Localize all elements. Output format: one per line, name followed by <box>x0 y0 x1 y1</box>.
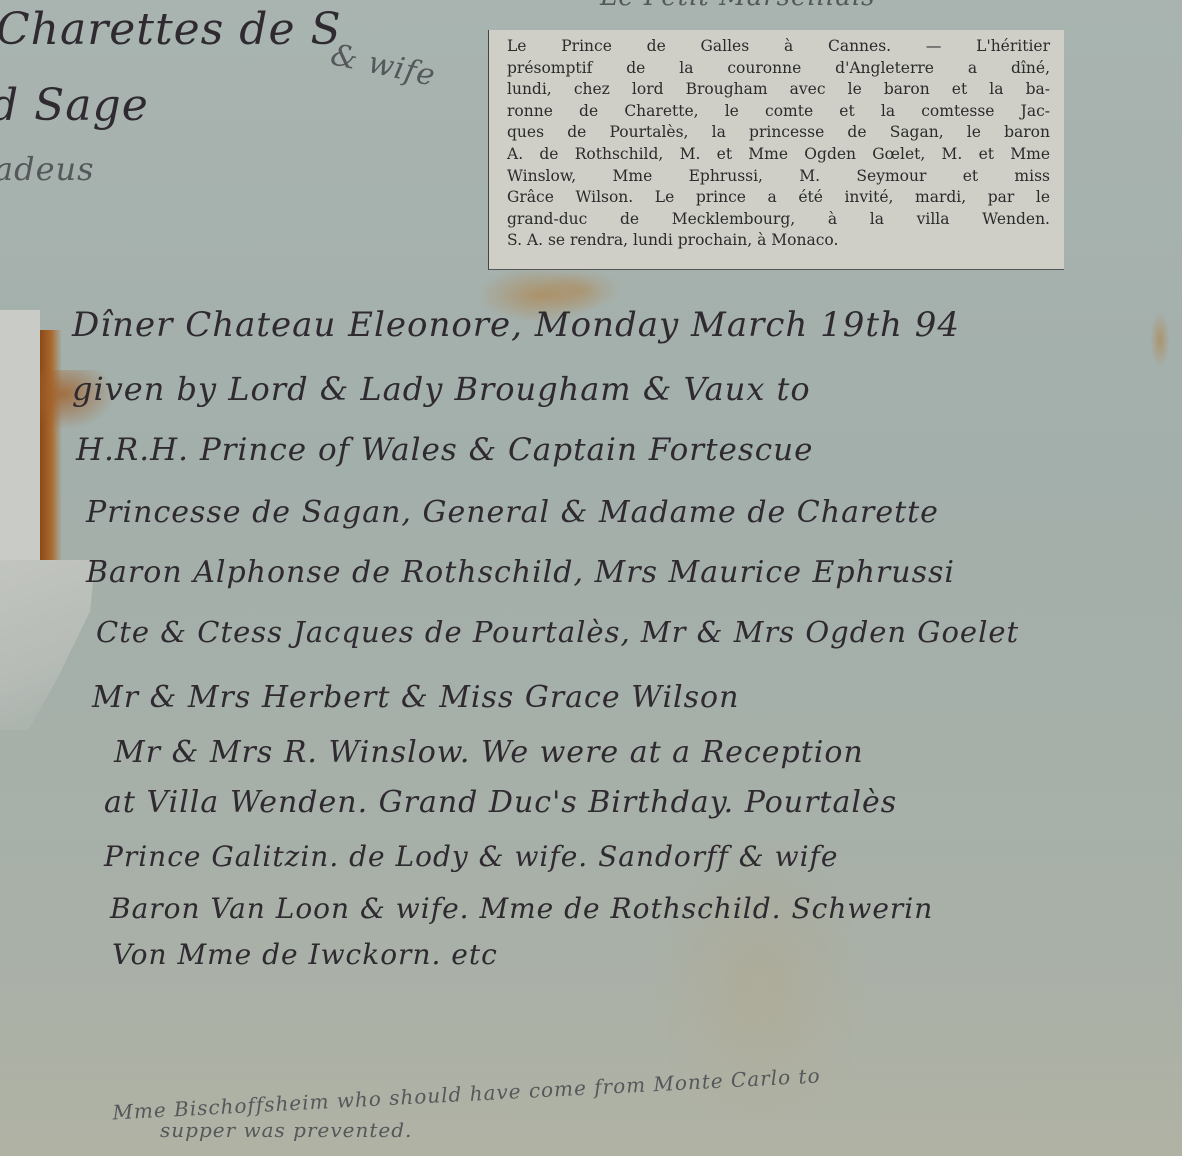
handwritten-line: at Villa Wenden. Grand Duc's Birthday. P… <box>104 785 897 820</box>
handwritten-line: given by Lord & Lady Brougham & Vaux to <box>72 370 811 408</box>
torn-paper-edge <box>0 560 95 730</box>
document-page: Charettes de S & wife d Sage adeus Le Pe… <box>0 0 1182 1156</box>
handwritten-line: Mr & Mrs Herbert & Miss Grace Wilson <box>92 680 739 715</box>
clipping-line: lundi, chez lord Brougham avec le baron … <box>507 79 1050 101</box>
clipping-line: Grâce Wilson. Le prince a été invité, ma… <box>507 187 1050 209</box>
torn-paper-patch <box>0 310 40 565</box>
handwritten-line: Baron Alphonse de Rothschild, Mrs Mauric… <box>86 555 955 590</box>
newspaper-clipping: Le Prince de Galles à Cannes. — L'hériti… <box>488 30 1064 270</box>
clipping-line: ronne de Charette, le comte et la comtes… <box>507 101 1050 123</box>
clipping-line: S. A. se rendra, lundi prochain, à Monac… <box>507 230 1050 252</box>
clipping-line: grand-duc de Mecklembourg, à la villa We… <box>507 209 1050 231</box>
handwritten-line: Cte & Ctess Jacques de Pourtalès, Mr & M… <box>96 615 1019 649</box>
clipping-line: A. de Rothschild, M. et Mme Ogden Gœlet,… <box>507 144 1050 166</box>
footer-note-line: supper was prevented. <box>160 1118 412 1142</box>
top-left-handwriting-line: Charettes de S <box>0 4 342 55</box>
clipping-line: ques de Pourtalès, la princesse de Sagan… <box>507 122 1050 144</box>
clipping-line: Winslow, Mme Ephrussi, M. Seymour et mis… <box>507 166 1050 188</box>
marginal-note: & wife <box>328 37 439 93</box>
handwritten-line: Von Mme de Iwckorn. etc <box>112 938 498 971</box>
rust-stain <box>40 330 62 560</box>
handwritten-line: Princesse de Sagan, General & Madame de … <box>86 495 939 530</box>
handwritten-line: Prince Galitzin. de Lody & wife. Sandorf… <box>104 840 838 873</box>
handwritten-line: Dîner Chateau Eleonore, Monday March 19t… <box>72 305 960 345</box>
handwritten-line: Baron Van Loon & wife. Mme de Rothschild… <box>110 892 933 925</box>
handwritten-line: H.R.H. Prince of Wales & Captain Fortesc… <box>76 432 813 468</box>
top-left-handwriting-line: adeus <box>0 150 95 188</box>
clipping-line: présomptif de la couronne d'Angleterre a… <box>507 58 1050 80</box>
top-left-handwriting-line: d Sage <box>0 80 149 131</box>
top-cut-text: Le Petit Marseillais <box>600 0 876 12</box>
clipping-line: Le Prince de Galles à Cannes. — L'hériti… <box>507 36 1050 58</box>
handwritten-line: Mr & Mrs R. Winslow. We were at a Recept… <box>114 735 864 770</box>
footer-note-line: Mme Bischoffsheim who should have come f… <box>112 1063 821 1124</box>
